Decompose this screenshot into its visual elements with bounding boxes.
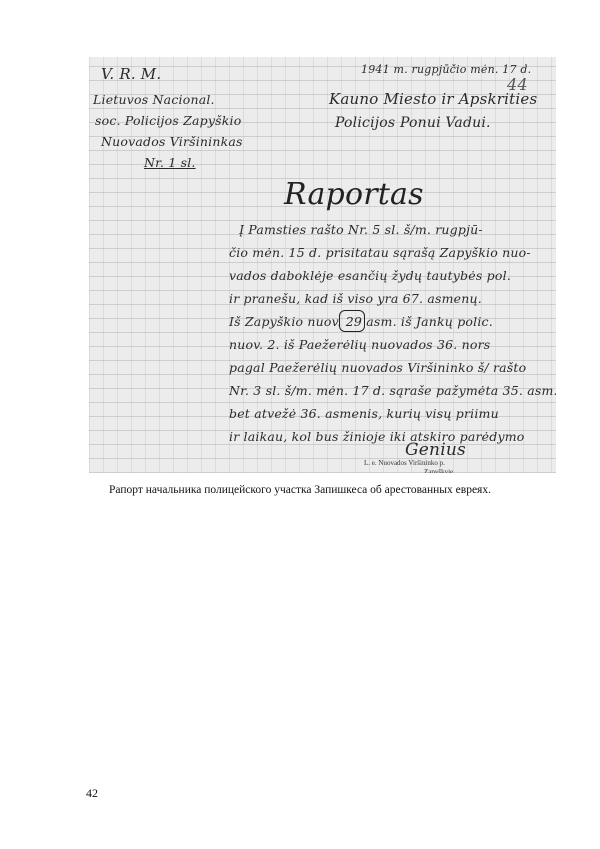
body-line: pagal Paežerėlių nuovados Viršininko š/ … xyxy=(229,360,526,375)
body-line: čio mėn. 15 d. prisitatau sąrašą Zapyški… xyxy=(229,245,531,260)
addressee-line-1: Kauno Miesto ir Apskrities xyxy=(329,90,537,108)
signature: Genius xyxy=(405,440,466,460)
header-line-1: Lietuvos Nacional. xyxy=(93,92,215,107)
body-line: vados daboklėje esančių žydų tautybės po… xyxy=(229,268,511,283)
page-number: 42 xyxy=(86,786,98,801)
scanned-document-image: V. R. M. Lietuvos Nacional. soc. Policij… xyxy=(89,57,556,473)
document-title: Raportas xyxy=(284,177,424,212)
header-line-2: soc. Policijos Zapyškio xyxy=(95,113,241,128)
header-vrm: V. R. M. xyxy=(101,65,161,83)
body-line: ir laikau, kol bus žinioje iki atskiro p… xyxy=(229,429,524,444)
figure-caption: Рапорт начальника полицейского участка З… xyxy=(0,484,600,496)
stamp-line-2: Zapyškyje xyxy=(424,468,453,473)
addressee-line-2: Policijos Ponui Vadui. xyxy=(335,115,491,131)
body-line: Nr. 3 sl. š/m. mėn. 17 d. sąraše pažymėt… xyxy=(229,383,556,398)
stamp-line-1: L. e. Nuovados Viršininko p. xyxy=(364,459,445,467)
circled-number-mark xyxy=(339,310,365,332)
body-line: nuov. 2. iš Paežerėlių nuovados 36. nors xyxy=(229,337,490,352)
body-line: Į Pamsties rašto Nr. 5 sl. š/m. rugpjū- xyxy=(239,222,483,237)
header-line-3: Nuovados Viršininkas xyxy=(101,134,243,149)
date-line: 1941 m. rugpjūčio mėn. 17 d. xyxy=(361,63,531,76)
body-line: ir pranešu, kad iš viso yra 67. asmenų. xyxy=(229,291,482,306)
body-line: bet atvežė 36. asmenis, kurių visų priim… xyxy=(229,406,499,421)
header-number: Nr. 1 sl. xyxy=(144,155,196,170)
